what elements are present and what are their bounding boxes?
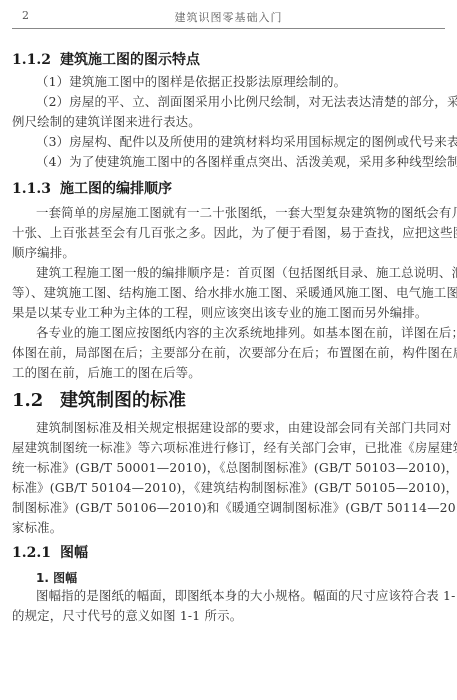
paragraph-line: （4）为了使建筑施工图中的各图样重点突出、活泼美观，采用多种线型绘制。 (36, 154, 445, 170)
paragraph-line: 屋建筑制图统一标准》等六项标准进行修订，经有关部门会审，已批准《房屋建筑制图 (12, 440, 445, 456)
paragraph-line: 一套简单的房屋施工图就有一二十张图纸，一套大型复杂建筑物的图纸会有几 (36, 205, 445, 221)
section-title: 建筑施工图的图示特点 (60, 52, 200, 68)
book-title: 建筑识图零基础入门 (12, 9, 445, 25)
section-heading-1-2: 1.2建筑制图的标准 (12, 386, 186, 412)
paragraph-line: 例尺绘制的建筑详图来进行表达。 (12, 114, 445, 130)
paragraph-line: （2）房屋的平、立、剖面图采用小比例尺绘制，对无法表达清楚的部分，采用大比 (36, 94, 445, 110)
section-title: 图幅 (60, 545, 88, 561)
subheading: 1. 图幅 (36, 569, 77, 586)
paragraph-line: 工的图在前，后施工的图在后等。 (12, 365, 445, 381)
paragraph-line: 标准》(GB/T 50104—2010)，《建筑结构制图标准》(GB/T 501… (12, 480, 445, 496)
paragraph-line: 等）、建筑施工图、结构施工图、给水排水施工图、采暖通风施工图、电气施工图等。如 (12, 285, 445, 301)
paragraph-line: 建筑制图标准及相关规定根据建设部的要求，由建设部会同有关部门共同对《房 (36, 420, 445, 436)
paragraph-line: 制图标准》(GB/T 50106—2010)和《暖通空调制图标准》(GB/T 5… (12, 500, 445, 516)
paragraph-line: （3）房屋构、配件以及所使用的建筑材料均采用国标规定的图例或代号来表示。 (36, 134, 445, 150)
paragraph-line: 的规定，尺寸代号的意义如图 1-1 所示。 (12, 608, 445, 624)
section-number: 1.1.3 (12, 181, 60, 197)
section-heading-1-1-2: 1.1.2建筑施工图的图示特点 (12, 49, 200, 69)
section-title: 施工图的编排顺序 (60, 181, 172, 197)
paragraph-line: 体图在前，局部图在后；主要部分在前，次要部分在后；布置图在前，构件图在后；先施 (12, 345, 445, 361)
section-heading-1-1-3: 1.1.3施工图的编排顺序 (12, 178, 172, 198)
paragraph-line: （1）建筑施工图中的图样是依据正投影法原理绘制的。 (36, 74, 445, 90)
paragraph-line: 图幅指的是图纸的幅面，即图纸本身的大小规格。幅面的尺寸应该符合表 1-1 (36, 588, 445, 604)
section-number: 1.2.1 (12, 545, 60, 561)
section-number: 1.1.2 (12, 52, 60, 68)
section-number: 1.2 (12, 390, 60, 411)
section-title: 建筑制图的标准 (60, 390, 186, 411)
book-page: 2 建筑识图零基础入门 1.1.2建筑施工图的图示特点 （1）建筑施工图中的图样… (0, 0, 457, 700)
paragraph-line: 统一标准》(GB/T 50001—2010)，《总图制图标准》(GB/T 501… (12, 460, 445, 476)
paragraph-line: 各专业的施工图应按图纸内容的主次系统地排列。如基本图在前，详图在后；总 (36, 325, 445, 341)
paragraph-line: 顺序编排。 (12, 245, 445, 261)
running-header: 2 建筑识图零基础入门 (12, 6, 445, 29)
paragraph-line: 家标准。 (12, 520, 445, 536)
paragraph-line: 果是以某专业工种为主体的工程，则应该突出该专业的施工图而另外编排。 (12, 305, 445, 321)
paragraph-line: 十张、上百张甚至会有几百张之多。因此，为了便于看图，易于查找，应把这些图纸按 (12, 225, 445, 241)
section-heading-1-2-1: 1.2.1图幅 (12, 542, 88, 562)
paragraph-line: 建筑工程施工图一般的编排顺序是：首页图（包括图纸目录、施工总说明、汇总表 (36, 265, 445, 281)
